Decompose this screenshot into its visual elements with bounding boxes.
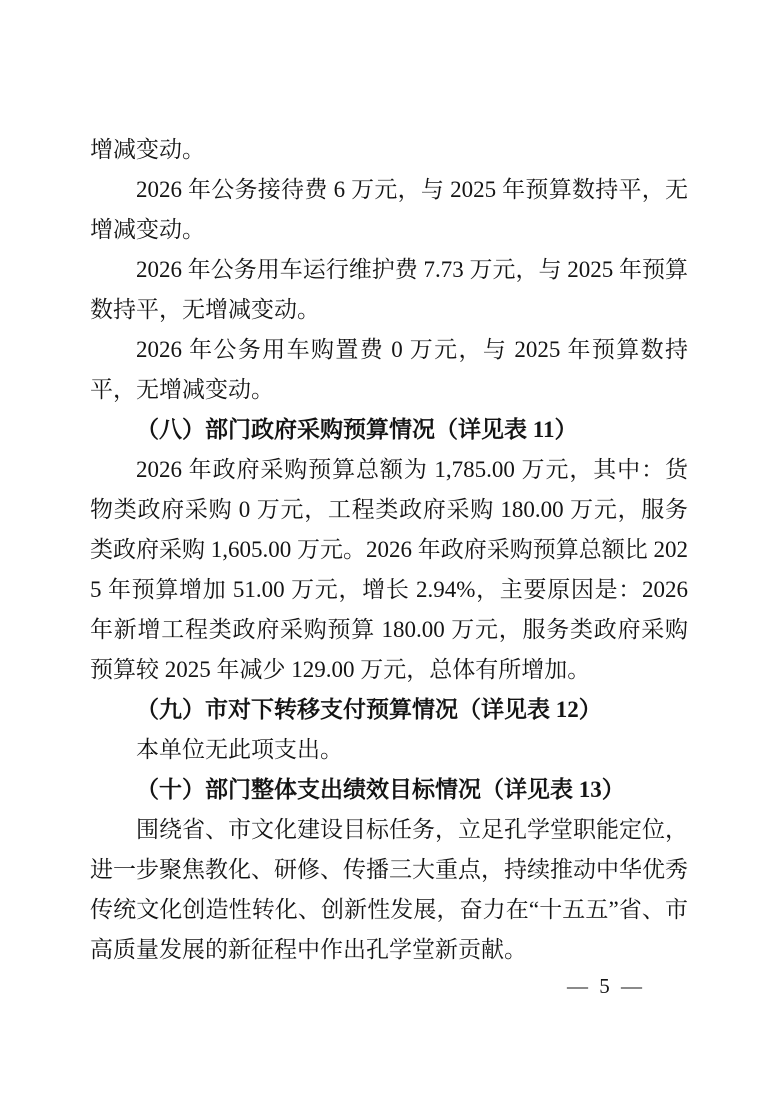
paragraph-reception-expense: 2026 年公务接待费 6 万元，与 2025 年预算数持平，无增减变动。 [90, 170, 688, 250]
page-number: — 5 — [567, 974, 645, 998]
paragraph-continuation: 增减变动。 [90, 130, 688, 170]
section-heading-9-transfer-payment: （九）市对下转移支付预算情况（详见表 12） [90, 690, 688, 730]
section-heading-8-procurement: （八）部门政府采购预算情况（详见表 11） [90, 410, 688, 450]
document-page: 增减变动。 2026 年公务接待费 6 万元，与 2025 年预算数持平，无增减… [0, 0, 771, 1104]
paragraph-performance-goal: 围绕省、市文化建设目标任务，立足孔学堂职能定位，进一步聚焦教化、研修、传播三大重… [90, 810, 688, 970]
section-heading-10-performance-targets: （十）部门整体支出绩效目标情况（详见表 13） [90, 770, 688, 810]
document-body: 增减变动。 2026 年公务接待费 6 万元，与 2025 年预算数持平，无增减… [90, 130, 688, 970]
paragraph-vehicle-purchase: 2026 年公务用车购置费 0 万元，与 2025 年预算数持平，无增减变动。 [90, 330, 688, 410]
paragraph-no-expenditure: 本单位无此项支出。 [90, 730, 688, 770]
paragraph-vehicle-maintenance: 2026 年公务用车运行维护费 7.73 万元，与 2025 年预算数持平，无增… [90, 250, 688, 330]
paragraph-procurement-detail: 2026 年政府采购预算总额为 1,785.00 万元，其中：货物类政府采购 0… [90, 450, 688, 690]
